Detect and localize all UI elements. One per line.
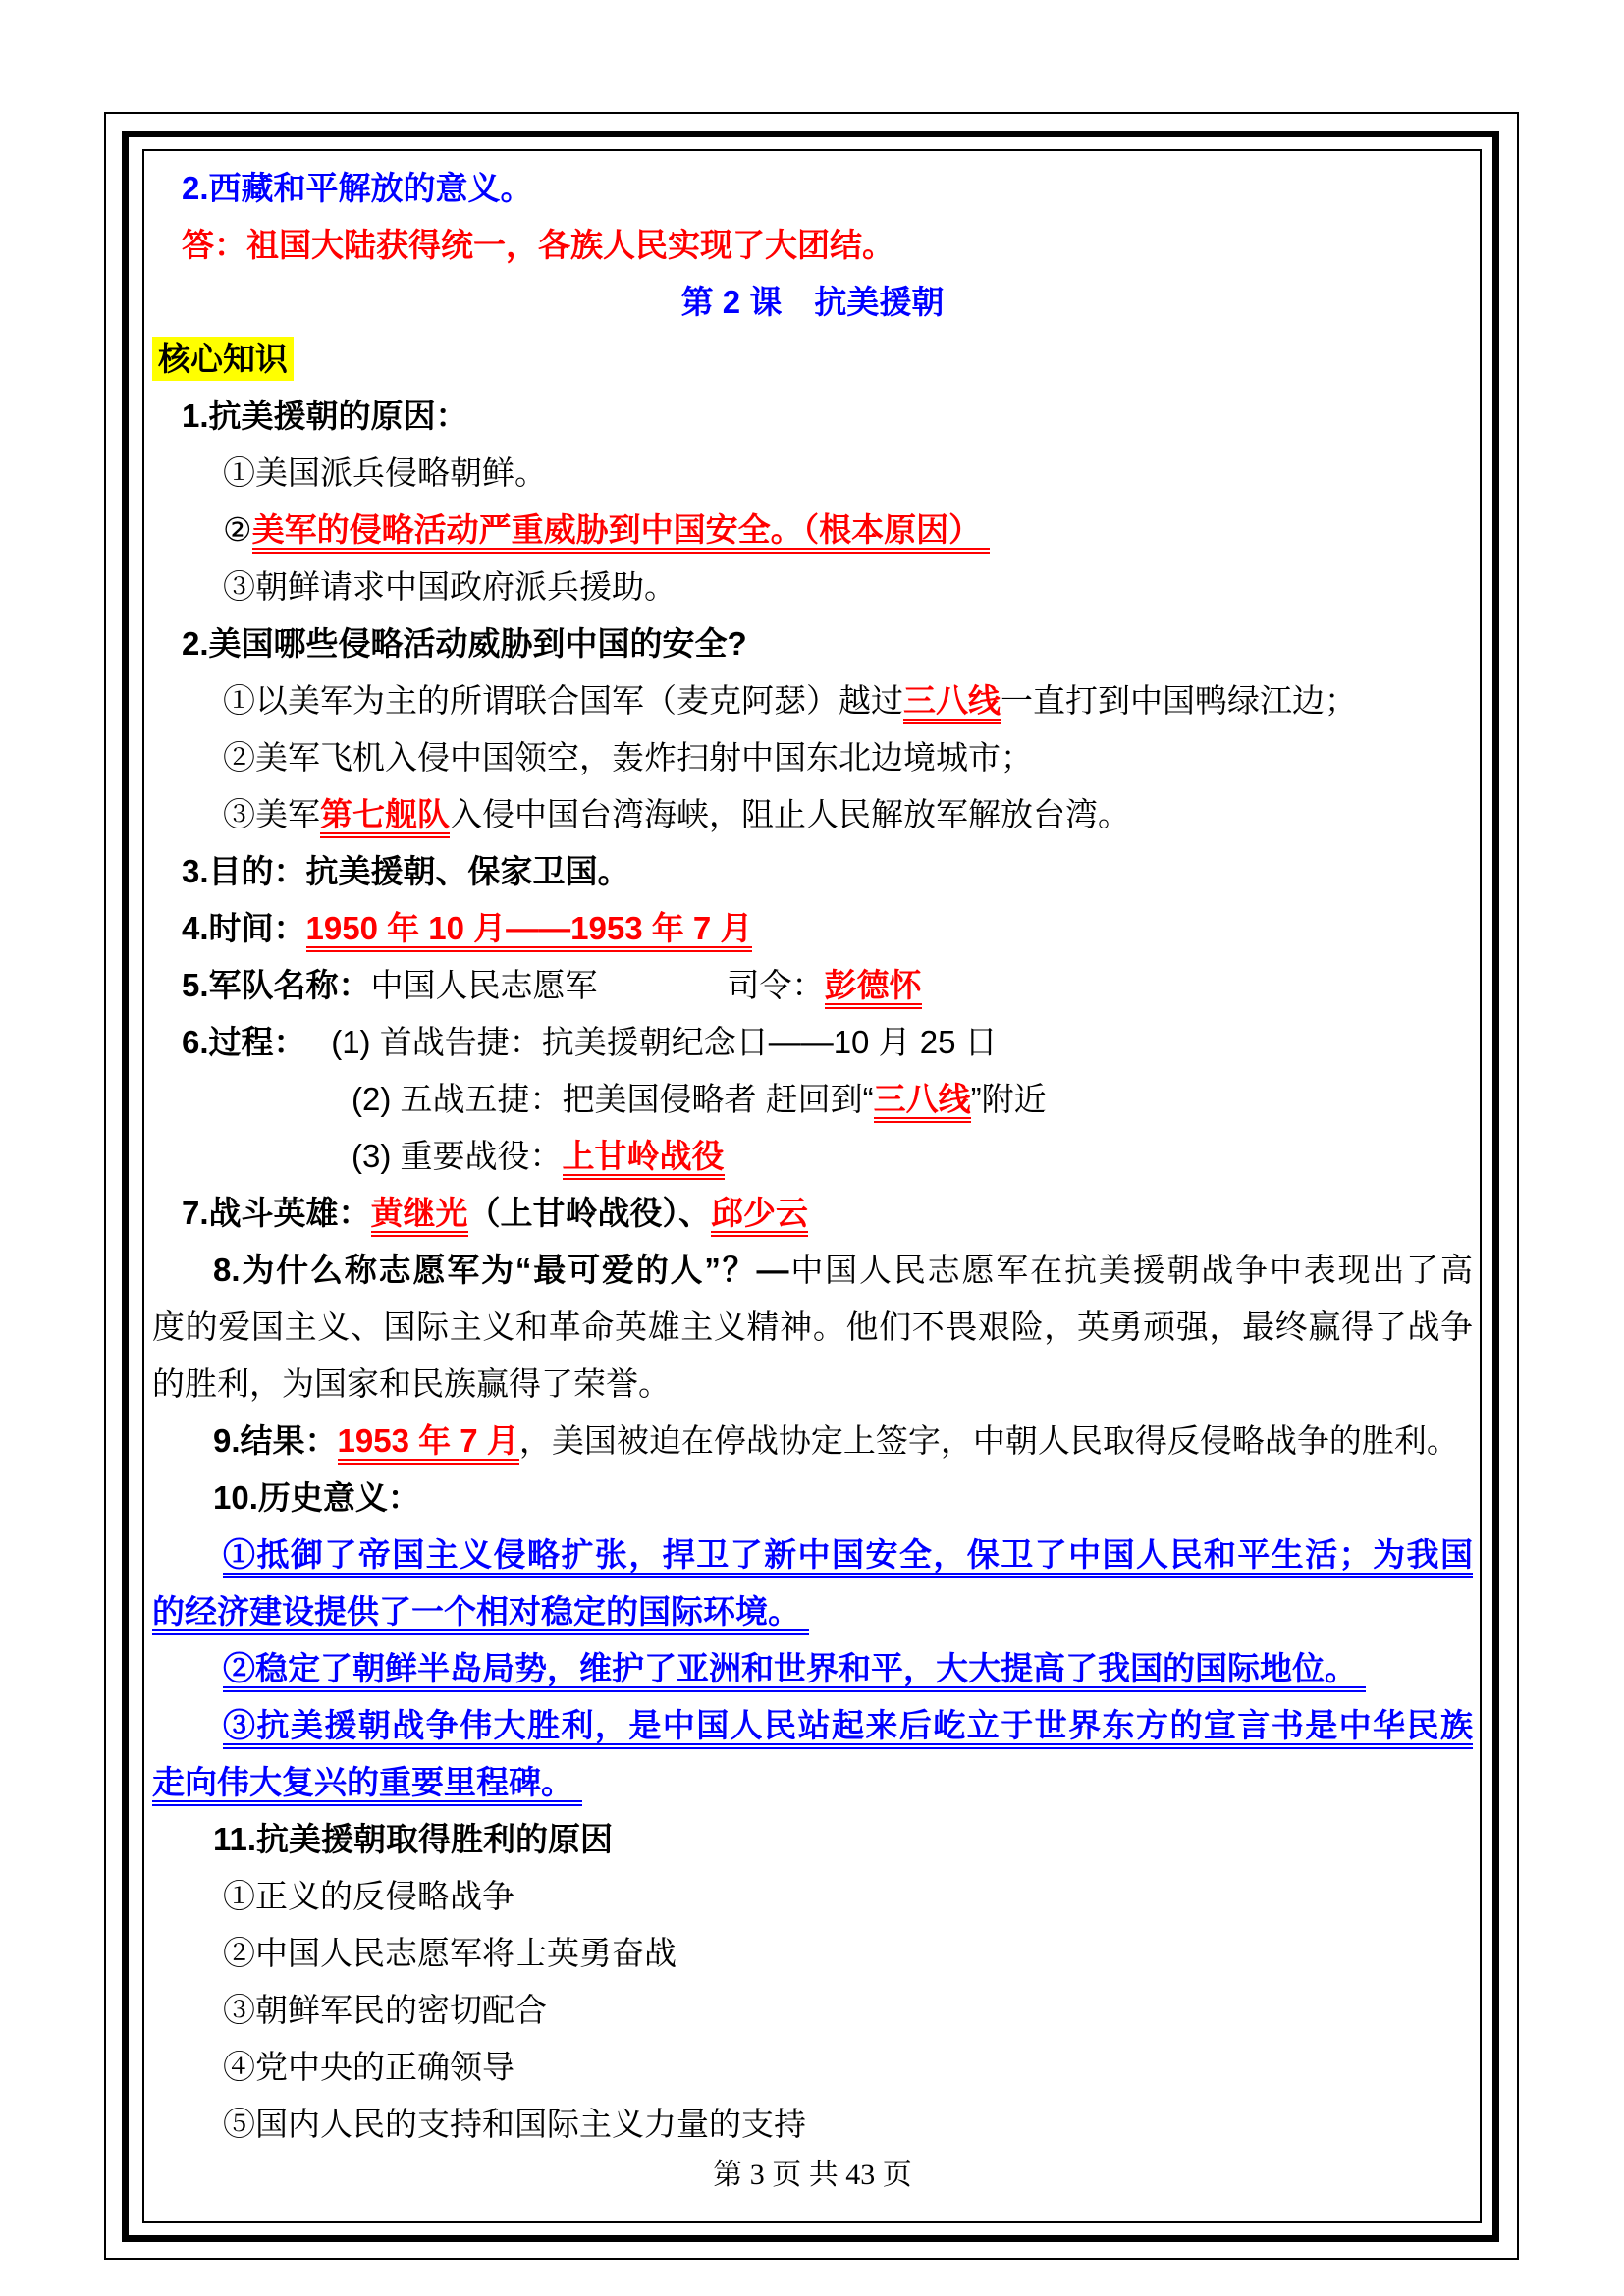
text-line: ①抵御了帝国主义侵略扩张，捍卫了新中国安全，保卫了中国人民和平生活；为我国 — [152, 1526, 1473, 1583]
text-line: 8.为什么称志愿军为“最可爱的人”？—中国人民志愿军在抗美援朝战争中表现出了高 — [152, 1242, 1473, 1299]
text-segment: 三八线 — [874, 1081, 971, 1123]
text-segment: (1) 首战告捷：抗美援朝纪念日——10 月 25 日 — [290, 1024, 998, 1060]
text-segment: (3) 重要战役： — [352, 1138, 563, 1174]
text-line: 3.目的：抗美援朝、保家卫国。 — [152, 843, 1473, 900]
text-segment: ①正义的反侵略战争 — [223, 1878, 514, 1914]
document-content: 2.西藏和平解放的意义。答：祖国大陆获得统一，各族人民实现了大团结。第 2 课 … — [152, 160, 1473, 2153]
text-segment: 邱少云 — [711, 1195, 808, 1237]
text-segment: 入侵中国台湾海峡，阻止人民解放军解放台湾。 — [450, 796, 1130, 832]
text-segment: 彭德怀 — [825, 967, 922, 1009]
text-segment: 中国人民志愿军在抗美援朝战争中表现出了高 — [789, 1252, 1473, 1288]
text-line: 11.抗美援朝取得胜利的原因 — [152, 1811, 1473, 1868]
text-line: (3) 重要战役：上甘岭战役 — [152, 1128, 1473, 1185]
text-segment: ② — [223, 511, 252, 548]
text-segment: 中国人民志愿军 司令： — [371, 967, 825, 1003]
text-line: ③抗美援朝战争伟大胜利，是中国人民站起来后屹立于世界东方的宣言书是中华民族 — [152, 1697, 1473, 1754]
text-segment: 2.美国哪些侵略活动威胁到中国的安全? — [182, 625, 747, 662]
text-line: ②稳定了朝鲜半岛局势，维护了亚洲和世界和平，大大提高了我国的国际地位。 — [152, 1640, 1473, 1697]
text-segment: 5.军队名称： — [182, 967, 371, 1003]
text-segment: ④党中央的正确领导 — [223, 2049, 514, 2085]
text-segment: 的胜利，为国家和民族赢得了荣誉。 — [152, 1365, 671, 1402]
text-line: ③朝鲜请求中国政府派兵援助。 — [152, 559, 1473, 615]
text-segment: 2.西藏和平解放的意义。 — [182, 170, 533, 206]
text-segment: (2) 五战五捷：把美国侵略者 赶回到“ — [352, 1081, 874, 1117]
text-line: 答：祖国大陆获得统一，各族人民实现了大团结。 — [152, 217, 1473, 274]
text-segment: （上甘岭战役）、 — [468, 1195, 712, 1231]
text-line: ④党中央的正确领导 — [152, 2039, 1473, 2096]
text-segment: 8.为什么称志愿军为“最可爱的人”？— — [213, 1252, 789, 1288]
text-segment: ①以美军为主的所谓联合国军（麦克阿瑟）越过 — [223, 682, 903, 719]
text-segment: ③朝鲜军民的密切配合 — [223, 1992, 547, 2028]
text-segment: ”附近 — [971, 1081, 1047, 1117]
page-number: 第 3 页 共 43 页 — [152, 2152, 1473, 2199]
text-segment: 4.时间： — [182, 910, 306, 946]
text-segment: 9.结果： — [213, 1422, 338, 1459]
text-line: 7.战斗英雄：黄继光（上甘岭战役）、邱少云 — [152, 1185, 1473, 1242]
text-segment: 第七舰队 — [320, 796, 450, 838]
text-segment: ⑤国内人民的支持和国际主义力量的支持 — [223, 2106, 806, 2142]
text-segment: 11.抗美援朝取得胜利的原因 — [213, 1821, 613, 1857]
text-segment: 黄继光 — [371, 1195, 468, 1237]
text-line: ②中国人民志愿军将士英勇奋战 — [152, 1925, 1473, 1982]
text-line: 的胜利，为国家和民族赢得了荣誉。 — [152, 1356, 1473, 1413]
text-segment: 6.过程： — [182, 1024, 290, 1060]
text-segment: ②美军飞机入侵中国领空，轰炸扫射中国东北边境城市； — [223, 739, 1033, 775]
text-segment: 一直打到中国鸭绿江边； — [1001, 682, 1357, 719]
text-line: 2.西藏和平解放的意义。 — [152, 160, 1473, 217]
text-segment: 美军的侵略活动严重威胁到中国安全。（根本原因） — [252, 511, 991, 554]
text-segment: ②稳定了朝鲜半岛局势，维护了亚洲和世界和平，大大提高了我国的国际地位。 — [223, 1650, 1366, 1692]
text-line: 4.时间：1950 年 10 月——1953 年 7 月 — [152, 900, 1473, 957]
text-segment: ③美军 — [223, 796, 320, 832]
text-line: ②美军飞机入侵中国领空，轰炸扫射中国东北边境城市； — [152, 729, 1473, 786]
text-line: ③美军第七舰队入侵中国台湾海峡，阻止人民解放军解放台湾。 — [152, 786, 1473, 843]
text-line: ③朝鲜军民的密切配合 — [152, 1982, 1473, 2039]
text-line: ②美军的侵略活动严重威胁到中国安全。（根本原因） — [152, 502, 1473, 559]
text-line: ①正义的反侵略战争 — [152, 1868, 1473, 1925]
text-line: 6.过程： (1) 首战告捷：抗美援朝纪念日——10 月 25 日 — [152, 1014, 1473, 1071]
text-segment: 7.战斗英雄： — [182, 1195, 371, 1231]
text-line: 核心知识 — [152, 331, 1473, 388]
text-segment: 的经济建设提供了一个相对稳定的国际环境。 — [152, 1593, 809, 1635]
text-segment: ③抗美援朝战争伟大胜利，是中国人民站起来后屹立于世界东方的宣言书是中华民族 — [223, 1707, 1473, 1749]
text-segment: ②中国人民志愿军将士英勇奋战 — [223, 1935, 677, 1971]
text-segment: ①抵御了帝国主义侵略扩张，捍卫了新中国安全，保卫了中国人民和平生活；为我国 — [223, 1536, 1473, 1578]
text-segment: 10.历史意义： — [213, 1479, 420, 1516]
text-line: ①以美军为主的所谓联合国军（麦克阿瑟）越过三八线一直打到中国鸭绿江边； — [152, 672, 1473, 729]
text-segment: 上甘岭战役 — [563, 1138, 725, 1180]
text-line: 5.军队名称：中国人民志愿军 司令：彭德怀 — [152, 957, 1473, 1014]
text-segment: 1950 年 10 月——1953 年 7 月 — [306, 910, 753, 952]
text-line: 第 2 课 抗美援朝 — [152, 274, 1473, 331]
text-segment: 1953 年 7 月 — [338, 1422, 519, 1465]
text-line: 9.结果：1953 年 7 月，美国被迫在停战协定上签字，中朝人民取得反侵略战争… — [152, 1413, 1473, 1469]
text-line: 2.美国哪些侵略活动威胁到中国的安全? — [152, 615, 1473, 672]
text-line: 度的爱国主义、国际主义和革命英雄主义精神。他们不畏艰险，英勇顽强，最终赢得了战争 — [152, 1299, 1473, 1356]
text-segment: 度的爱国主义、国际主义和革命英雄主义精神。他们不畏艰险，英勇顽强，最终赢得了战争 — [152, 1308, 1473, 1345]
highlighted-text: 核心知识 — [152, 337, 294, 381]
text-line: 1.抗美援朝的原因： — [152, 388, 1473, 445]
text-line: 10.历史意义： — [152, 1469, 1473, 1526]
text-line: 的经济建设提供了一个相对稳定的国际环境。 — [152, 1583, 1473, 1640]
text-segment: 答：祖国大陆获得统一，各族人民实现了大团结。 — [182, 227, 894, 263]
text-segment: 3.目的：抗美援朝、保家卫国。 — [182, 853, 630, 889]
text-line: ⑤国内人民的支持和国际主义力量的支持 — [152, 2096, 1473, 2153]
text-line: 走向伟大复兴的重要里程碑。 — [152, 1754, 1473, 1811]
text-segment: 第 2 课 抗美援朝 — [681, 284, 945, 320]
text-segment: 走向伟大复兴的重要里程碑。 — [152, 1764, 582, 1806]
text-line: (2) 五战五捷：把美国侵略者 赶回到“三八线”附近 — [152, 1071, 1473, 1128]
text-segment: ③朝鲜请求中国政府派兵援助。 — [223, 568, 677, 605]
text-segment: ，美国被迫在停战协定上签字，中朝人民取得反侵略战争的胜利。 — [519, 1422, 1459, 1459]
text-segment: 1.抗美援朝的原因： — [182, 398, 468, 434]
text-segment: 三八线 — [903, 682, 1001, 724]
text-line: ①美国派兵侵略朝鲜。 — [152, 445, 1473, 502]
text-segment: ①美国派兵侵略朝鲜。 — [223, 454, 547, 491]
